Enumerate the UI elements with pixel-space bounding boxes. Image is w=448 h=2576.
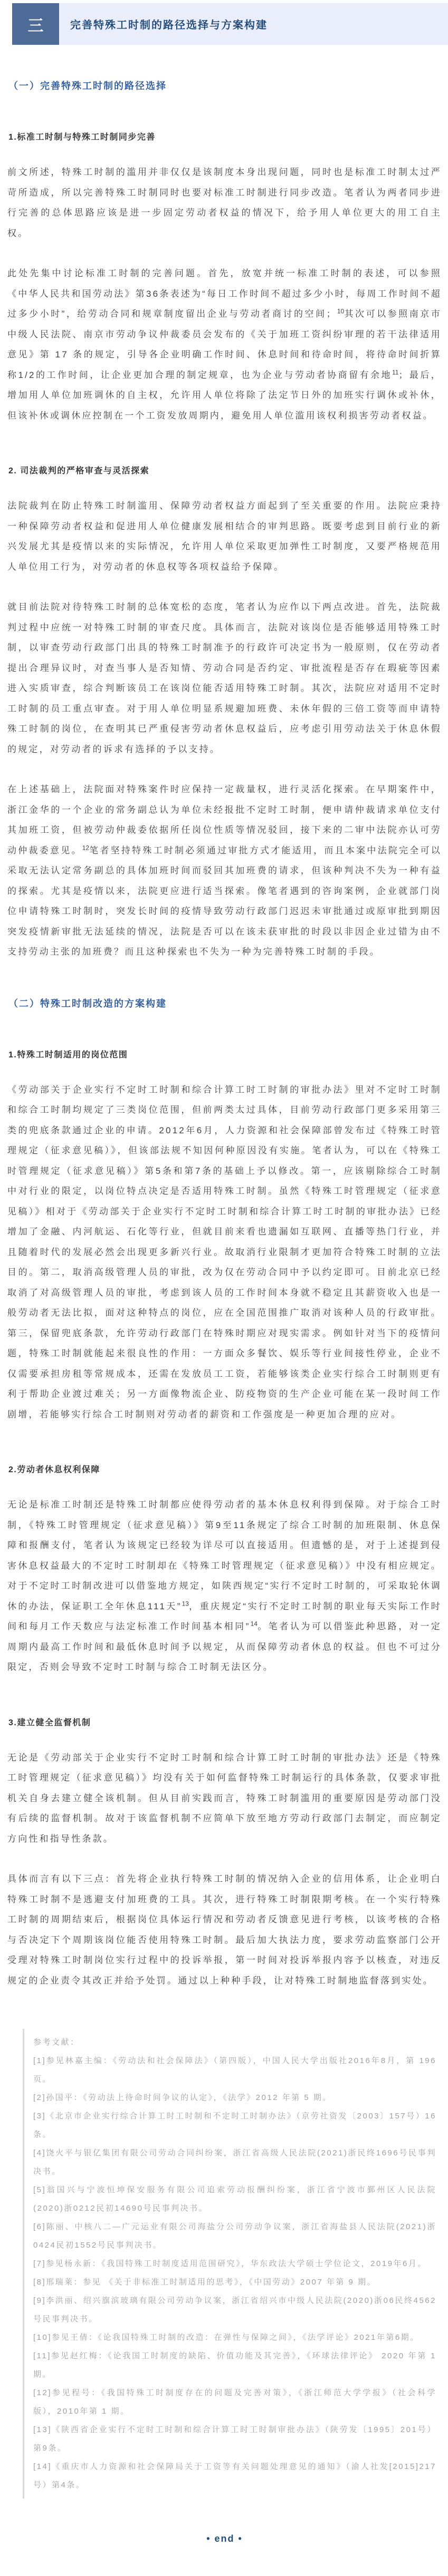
article-header: 三 完善特殊工时制的路径选择与方案构建 [12, 3, 448, 45]
reference-item: [4]饶火平与银亿集团有限公司劳动合同纠纷案，浙江省高级人民法院(2021)浙民… [33, 2144, 436, 2181]
reference-item: [10]参见王倩：《论我国特殊工时制的改造：在弹性与保障之间》，《法学评论》20… [33, 2328, 436, 2347]
part-number-badge: 三 [12, 3, 59, 45]
footnote-marker: 10 [337, 307, 344, 315]
paragraph: 就目前法院对待特殊工时制的总体宽松的态度，笔者认为应作以下两点改进。首先，法院裁… [7, 597, 442, 760]
paragraph: 在上述基础上，法院面对特殊案件时应保持一定裁量权，进行灵活化探索。在早期案件中，… [7, 780, 442, 963]
references-label: 参考文献： [33, 2033, 436, 2052]
section-2-sub-2-heading: 2.劳动者休息权利保障 [8, 1463, 442, 1475]
section-2-sub-1-heading: 1.特殊工时制适用的岗位范围 [8, 1048, 442, 1060]
section-2-sub-3-heading: 3.建立健全监督机制 [8, 1716, 442, 1728]
footnote-marker: 14 [251, 1620, 258, 1627]
paragraph: 此处先集中讨论标准工时制的完善问题。首先，放宽并统一标准工时制的表述，可以参照《… [7, 264, 442, 426]
reference-item: [9]李洪丽、绍兴旗滨玻璃有限公司劳动争议案，浙江省绍兴市中级人民法院(2020… [33, 2291, 436, 2328]
end-marker: • end • [7, 2533, 442, 2544]
paragraph: 《劳动部关于企业实行不定时工时制和综合计算工时工时制的审批办法》里对不定时工时制… [7, 1080, 442, 1425]
article-title: 完善特殊工时制的路径选择与方案构建 [70, 16, 268, 32]
reference-item: [6]陈丽、中核八二—广元运业有限公司海盐分公司劳动争议案，浙江省海盐县人民法院… [33, 2218, 436, 2254]
paragraph: 具体而言有以下三点：首先将企业执行特殊工时制的情况纳入企业的信用体系，让企业明白… [7, 1869, 442, 1991]
reference-item: [12]参见程号：《我国特殊工时制度存在的问题及完善对策》，《浙江师范大学学报》… [33, 2384, 436, 2421]
paragraph-text: 其次可以参照南京市中级人民法院、南京市劳动争议仲裁委员会发布的《关于加班工资纠纷… [7, 309, 442, 380]
footnote-marker: 11 [392, 368, 398, 376]
title-band: 完善特殊工时制的路径选择与方案构建 [59, 3, 448, 45]
paragraph: 无论是《劳动部关于企业实行不定时工时制和综合计算工时工时制的审批办法》还是《特殊… [7, 1748, 442, 1850]
references-block: 参考文献： [1]参见林嘉主编：《劳动法和社会保障法》（第四版），中国人民大学出… [23, 2029, 442, 2499]
article-body: （一）完善特殊工时制的路径选择 1.标准工时制与特殊工时制同步完善 前文所述，特… [0, 79, 448, 2544]
paragraph-text: 无论是标准工时制还是特殊工时制都应使得劳动者的基本休息权利得到保障。对于综合工时… [7, 1500, 442, 1611]
article-page: 三 完善特殊工时制的路径选择与方案构建 （一）完善特殊工时制的路径选择 1.标准… [0, 3, 448, 2576]
reference-item: [7]参见杨永新：《我国特殊工时制度适用范围研究》，华东政法大学硕士学位论文，2… [33, 2254, 436, 2273]
reference-item: [5]翁国兴与宁波恒坤保安服务有限公司追索劳动报酬纠纷案，浙江省宁波市鄞州区人民… [33, 2181, 436, 2218]
section-1-sub-1-heading: 1.标准工时制与特殊工时制同步完善 [8, 130, 442, 142]
footnote-marker: 12 [82, 844, 89, 851]
reference-item: [13]《陕西省企业实行不定时工时制和综合计算工时工时制审批办法》（陕劳发〔19… [33, 2421, 436, 2457]
reference-item: [3]《北京市企业实行综合计算工时工时制和不定时工时制办法》（京劳社资发〔200… [33, 2107, 436, 2144]
section-1-sub-2-heading: 2. 司法裁判的严格审查与灵活探索 [8, 464, 442, 476]
reference-item: [8]邢瑞莱：参见 《关于非标准工时制适用的思考》，《中国劳动》2007 年第 … [33, 2273, 436, 2291]
paragraph: 无论是标准工时制还是特殊工时制都应使得劳动者的基本休息权利得到保障。对于综合工时… [7, 1495, 442, 1678]
section-1-heading: （一）完善特殊工时制的路径选择 [8, 79, 442, 92]
reference-item: [14]《重庆市人力资源和社会保障局关于工资等有关问题处理意见的通知》（渝人社发… [33, 2457, 436, 2494]
reference-item: [2]孙国平：《劳动法上待命时间争议的认定》，《法学》2012 年第 5 期。 [33, 2088, 436, 2107]
paragraph: 法院裁判在防止特殊工时制滥用、保障劳动者权益方面起到了至关重要的作用。法院应秉持… [7, 496, 442, 577]
section-2-heading: （二）特殊工时制改造的方案构建 [8, 996, 442, 1010]
reference-item: [1]参见林嘉主编：《劳动法和社会保障法》（第四版），中国人民大学出版社2016… [33, 2052, 436, 2088]
paragraph-text: 笔者坚持特殊工时制必须通过审批方式才能适用，而且本案中法院完全可以采取无法认定常… [7, 845, 442, 957]
reference-item: [11]参见赵红梅：《论我国工时制度的缺陷、价值功能及其完善》，《环球法律评论》… [33, 2347, 436, 2384]
footnote-marker: 13 [182, 1600, 189, 1607]
paragraph-text: 在上述基础上，法院面对特殊案件时应保持一定裁量权，进行灵活化探索。在早期案件中，… [7, 784, 442, 856]
paragraph: 前文所述，特殊工时制的滥用并非仅仅是该制度本身出现问题，同时也是标准工时制太过严… [7, 162, 442, 244]
